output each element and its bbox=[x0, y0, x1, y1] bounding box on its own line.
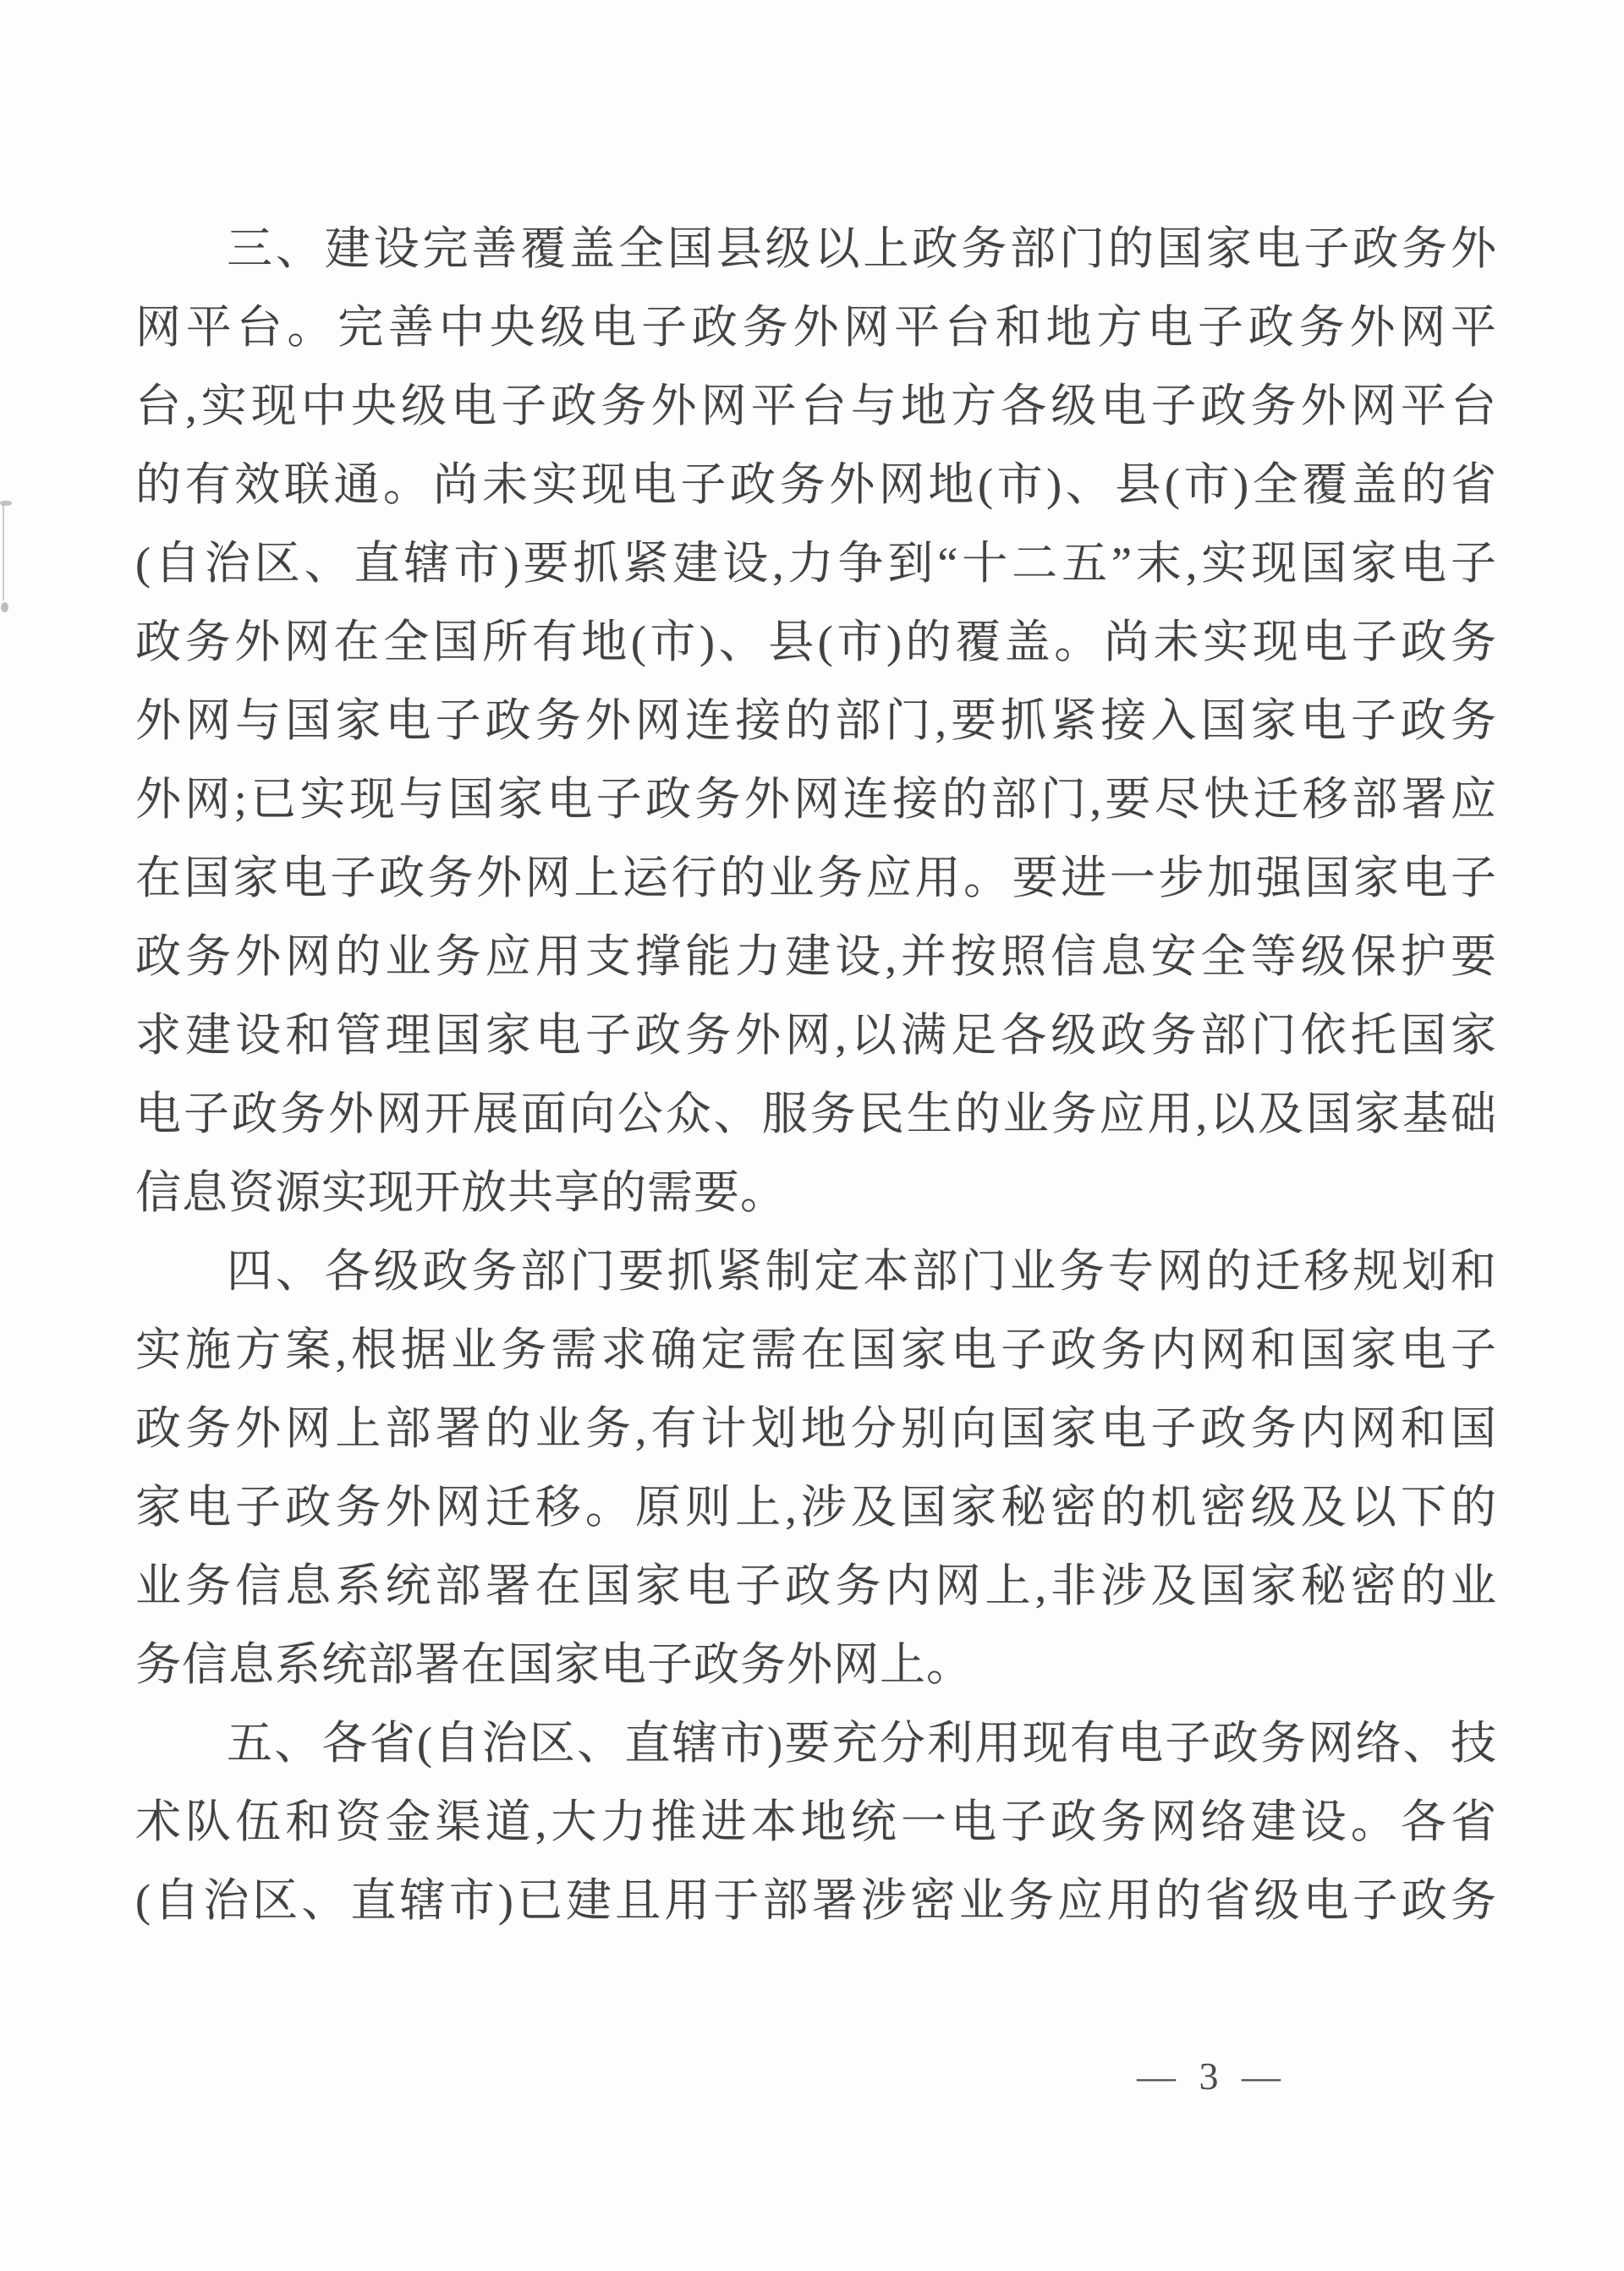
text-line-14: 四、各级政务部门要抓紧制定本部门业务专网的迁移规划和 bbox=[135, 1232, 1497, 1311]
text-line-17: 家电子政务外网迁移。原则上,涉及国家秘密的机密级及以下的 bbox=[135, 1468, 1497, 1547]
text-line-4: 的有效联通。尚未实现电子政务外网地(市)、县(市)全覆盖的省 bbox=[135, 446, 1497, 524]
scan-artifact-line bbox=[3, 505, 4, 601]
document-body: 三、建设完善覆盖全国县级以上政务部门的国家电子政务外网平台。完善中央级电子政务外… bbox=[135, 210, 1497, 1940]
text-line-19: 务信息系统部署在国家电子政务外网上。 bbox=[135, 1626, 1497, 1704]
text-line-21: 术队伍和资金渠道,大力推进本地统一电子政务网络建设。各省 bbox=[135, 1783, 1497, 1862]
scan-artifact-dot bbox=[1, 602, 8, 612]
text-line-2: 网平台。完善中央级电子政务外网平台和地方电子政务外网平 bbox=[135, 288, 1497, 367]
text-line-6: 政务外网在全国所有地(市)、县(市)的覆盖。尚未实现电子政务 bbox=[135, 603, 1497, 682]
text-line-8: 外网;已实现与国家电子政务外网连接的部门,要尽快迁移部署应 bbox=[135, 760, 1497, 839]
text-line-3: 台,实现中央级电子政务外网平台与地方各级电子政务外网平台 bbox=[135, 367, 1497, 446]
text-line-1: 三、建设完善覆盖全国县级以上政务部门的国家电子政务外 bbox=[135, 210, 1497, 288]
scanned-document-page: 三、建设完善覆盖全国县级以上政务部门的国家电子政务外网平台。完善中央级电子政务外… bbox=[0, 0, 1624, 2271]
text-line-22: (自治区、直辖市)已建且用于部署涉密业务应用的省级电子政务 bbox=[135, 1862, 1497, 1940]
text-line-18: 业务信息系统部署在国家电子政务内网上,非涉及国家秘密的业 bbox=[135, 1547, 1497, 1626]
page-number: — 3 — bbox=[0, 2051, 1287, 2102]
text-line-12: 电子政务外网开展面向公众、服务民生的业务应用,以及国家基础 bbox=[135, 1075, 1497, 1154]
text-line-11: 求建设和管理国家电子政务外网,以满足各级政务部门依托国家 bbox=[135, 996, 1497, 1075]
text-line-5: (自治区、直辖市)要抓紧建设,力争到“十二五”末,实现国家电子 bbox=[135, 524, 1497, 603]
text-line-10: 政务外网的业务应用支撑能力建设,并按照信息安全等级保护要 bbox=[135, 918, 1497, 996]
text-line-7: 外网与国家电子政务外网连接的部门,要抓紧接入国家电子政务 bbox=[135, 682, 1497, 760]
text-line-20: 五、各省(自治区、直辖市)要充分利用现有电子政务网络、技 bbox=[135, 1704, 1497, 1783]
text-line-15: 实施方案,根据业务需求确定需在国家电子政务内网和国家电子 bbox=[135, 1311, 1497, 1390]
text-line-9: 在国家电子政务外网上运行的业务应用。要进一步加强国家电子 bbox=[135, 839, 1497, 918]
text-line-13: 信息资源实现开放共享的需要。 bbox=[135, 1154, 1497, 1232]
text-line-16: 政务外网上部署的业务,有计划地分别向国家电子政务内网和国 bbox=[135, 1390, 1497, 1468]
